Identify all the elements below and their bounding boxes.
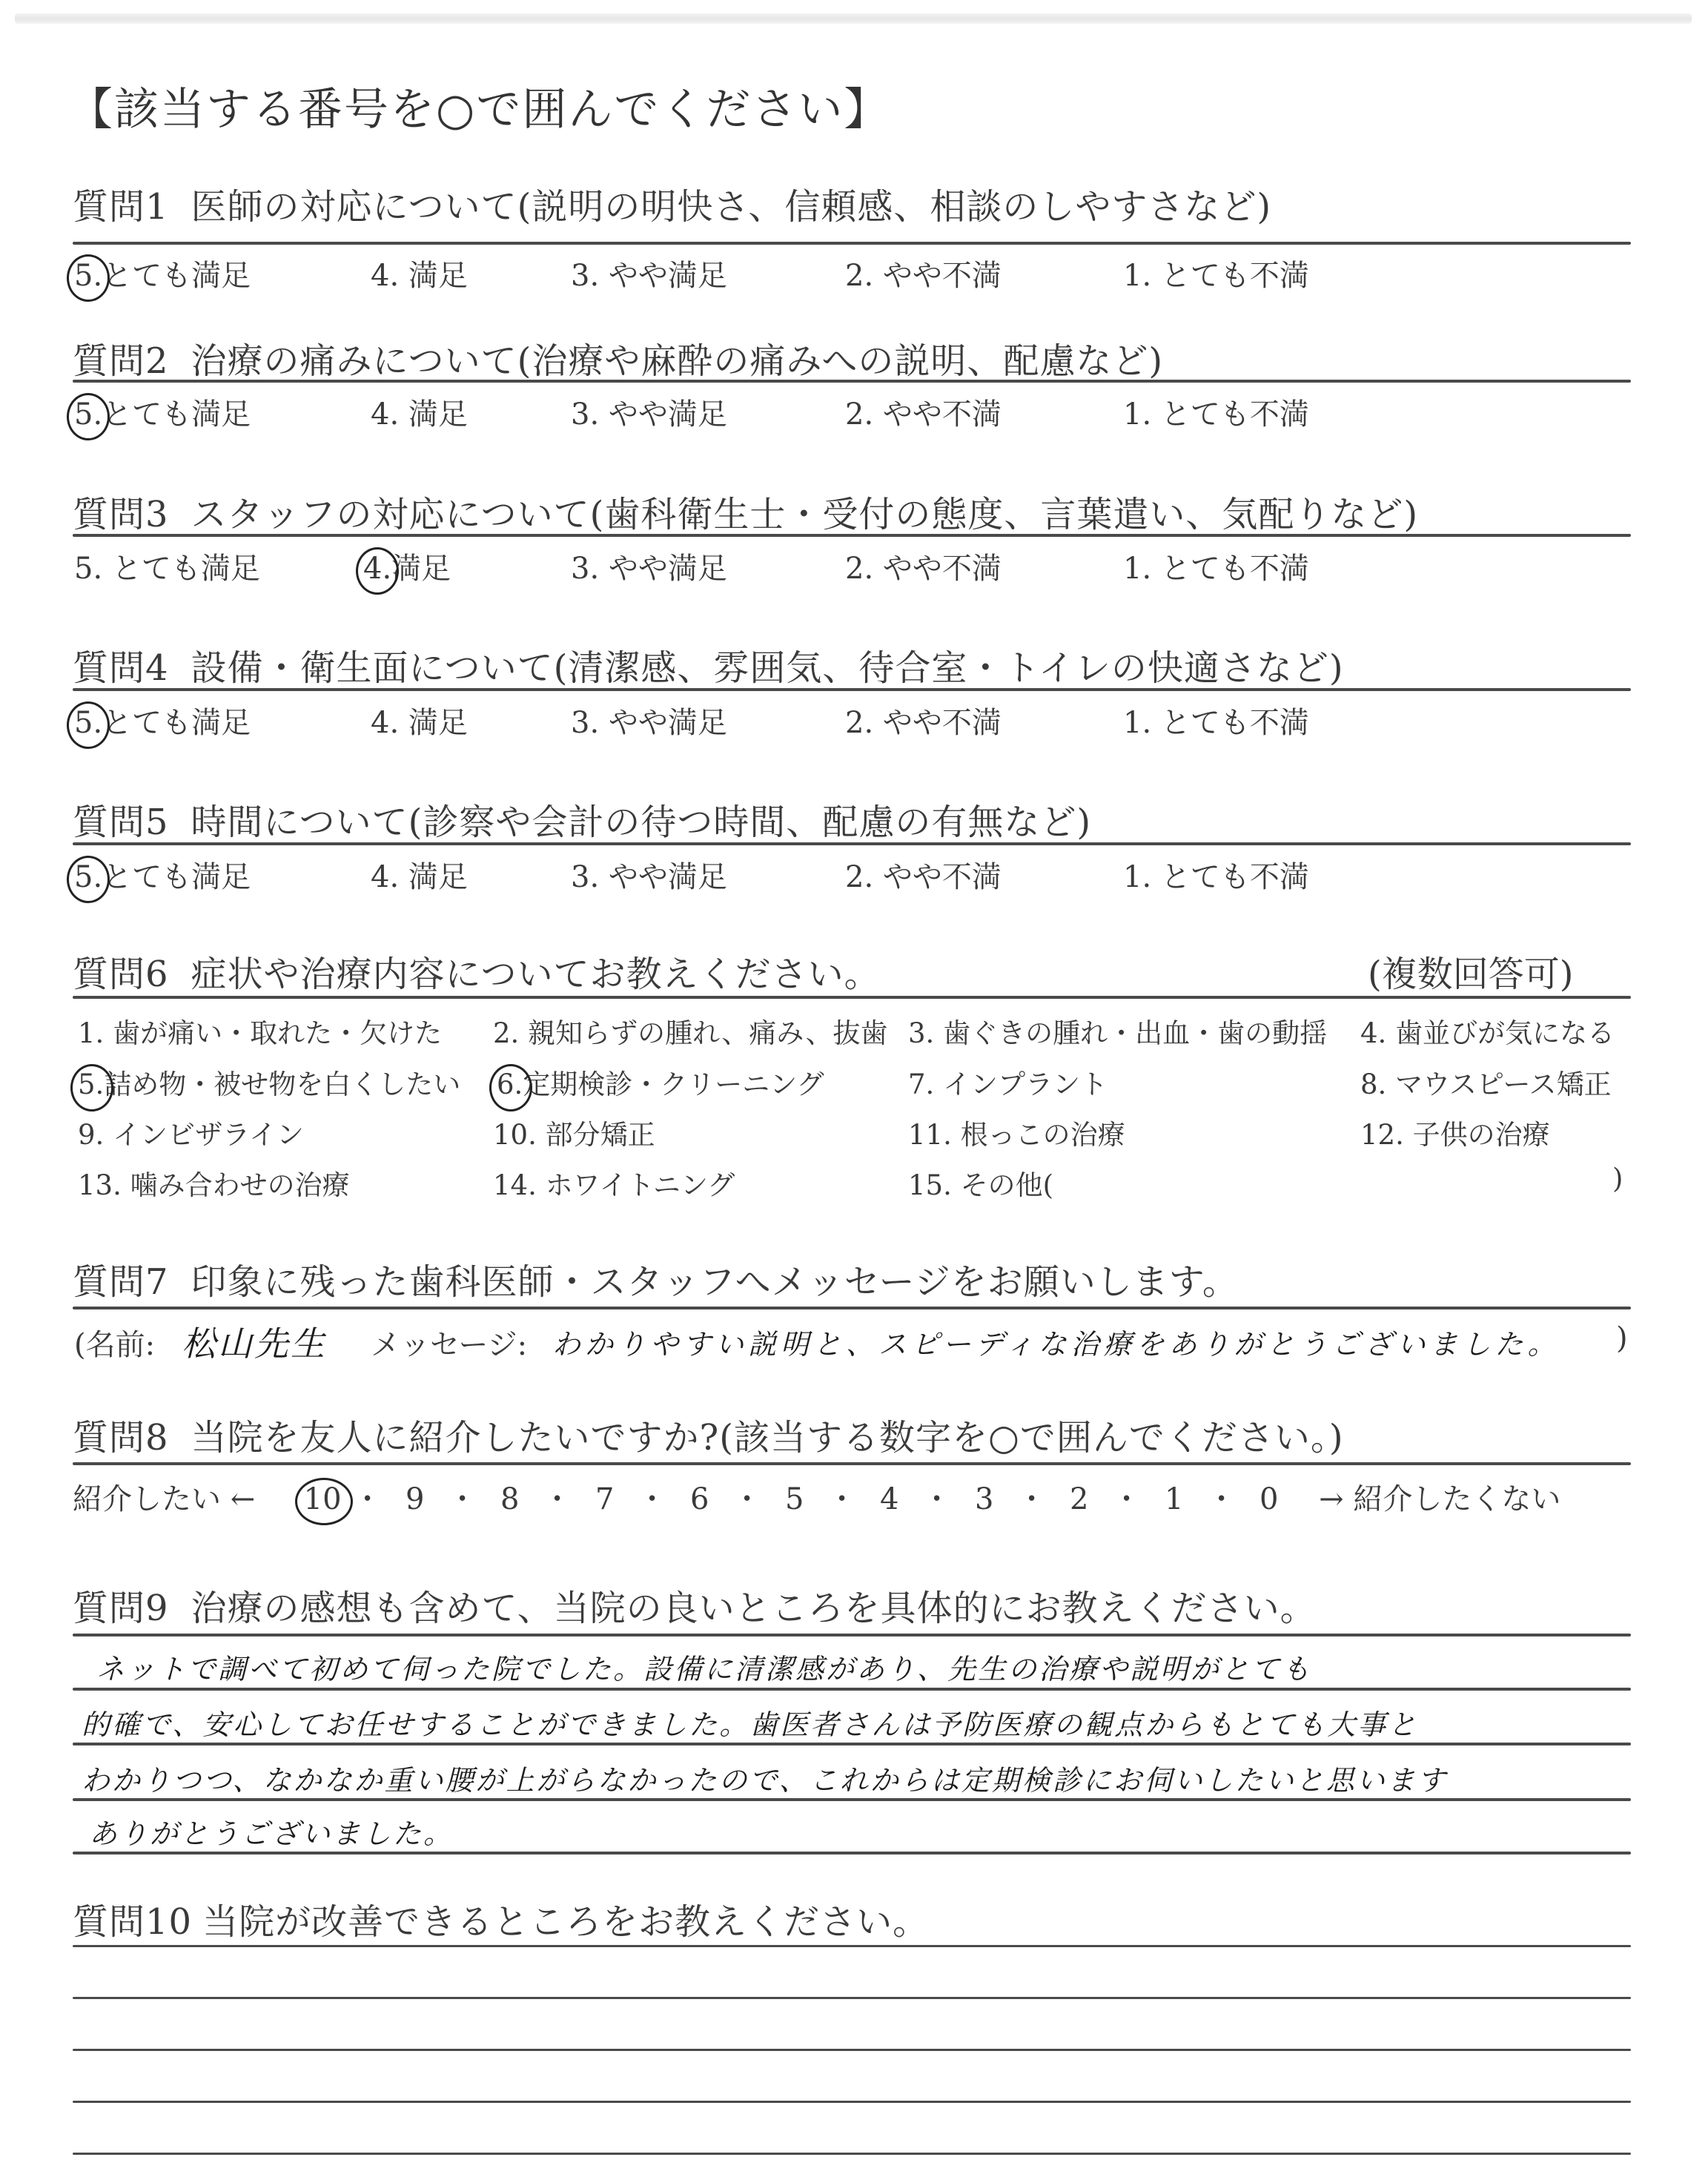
question-number: 質問1 — [73, 186, 169, 228]
scale-option-6[interactable]: 6 — [683, 1482, 716, 1516]
question-number: 質問2 — [73, 340, 169, 382]
q2-option-5[interactable]: 5.とても満足 — [74, 391, 251, 433]
question-text: 時間について(診察や会計の待つ時間、配慮の有無など) — [191, 802, 1092, 843]
question-5-rule — [73, 842, 1631, 845]
q3-option-4[interactable]: 4.満足 — [363, 545, 451, 587]
q6-item-5[interactable]: 5.詰め物・被せ物を白くしたい — [78, 1062, 460, 1102]
q6-item-2[interactable]: 2. 親知らずの腫れ、痛み、抜歯 — [493, 1011, 888, 1051]
recommendation-scale: 紹介したい ← 10・9・8・7・6・5・4・3・2・1・0 → 紹介したくない — [73, 1476, 1560, 1518]
selection-circle: 5. — [74, 706, 102, 740]
q6-item-12[interactable]: 12. 子供の治療 — [1360, 1112, 1550, 1152]
q9-line-rule-1 — [73, 1688, 1631, 1691]
question-1-rule — [73, 242, 1631, 245]
q1-option-3[interactable]: 3. やや満足 — [571, 252, 727, 294]
scale-option-7[interactable]: 7 — [589, 1482, 621, 1516]
question-7-heading: 質問7印象に残った歯科医師・スタッフへメッセージをお願いします。 — [73, 1253, 1239, 1304]
question-3-heading: 質問3スタッフの対応について(歯科衛生士・受付の態度、言葉遣い、気配りなど) — [73, 486, 1418, 537]
q2-option-4[interactable]: 4. 満足 — [371, 391, 468, 433]
selection-circle: 5. — [78, 1069, 104, 1100]
q2-option-1[interactable]: 1. とても不満 — [1123, 391, 1309, 433]
q9-answer-line-3[interactable]: わかりつつ、なかなか重い腰が上がらなかったので、これからは定期検診にお伺いしたい… — [82, 1757, 1448, 1798]
scale-option-2[interactable]: 2 — [1063, 1482, 1096, 1516]
q4-option-3[interactable]: 3. やや満足 — [571, 699, 727, 742]
scale-option-4[interactable]: 4 — [873, 1482, 906, 1516]
question-8-rule — [73, 1462, 1631, 1465]
question-number: 質問8 — [73, 1417, 169, 1459]
selection-circle: 6. — [497, 1069, 523, 1100]
q2-option-3[interactable]: 3. やや満足 — [571, 391, 727, 433]
question-4-rule — [73, 688, 1631, 691]
q6-item-10[interactable]: 10. 部分矯正 — [493, 1112, 655, 1152]
q5-option-3[interactable]: 3. やや満足 — [571, 853, 727, 896]
scale-option-8[interactable]: 8 — [494, 1482, 526, 1516]
q6-item-3[interactable]: 3. 歯ぐきの腫れ・出血・歯の動揺 — [908, 1011, 1327, 1051]
question-text: 当院を友人に紹介したいですか?(該当する数字を○で囲んでください。) — [191, 1417, 1344, 1459]
scale-option-10[interactable]: 10 — [304, 1482, 337, 1516]
question-5-heading: 質問5時間について(診察や会計の待つ時間、配慮の有無など) — [73, 793, 1091, 845]
q9-answer-line-2[interactable]: 的確で、安心してお任せすることができました。歯医者さんは予防医療の観点からもとて… — [82, 1702, 1418, 1743]
q5-option-5[interactable]: 5.とても満足 — [74, 853, 251, 896]
question-text: 印象に残った歯科医師・スタッフへメッセージをお願いします。 — [191, 1261, 1239, 1303]
selection-circle: 5. — [74, 860, 102, 894]
scale-right-label: → 紹介したくない — [1319, 1482, 1560, 1516]
question-number: 質問6 — [73, 954, 169, 995]
q6-item-15-other[interactable]: 15. その他( — [908, 1163, 1053, 1203]
question-4-heading: 質問4設備・衛生面について(清潔感、雰囲気、待合室・トイレの快適さなど) — [73, 639, 1344, 690]
q4-option-2[interactable]: 2. やや不満 — [845, 699, 1002, 742]
question-3-rule — [73, 534, 1631, 537]
q6-item-4[interactable]: 4. 歯並びが気になる — [1360, 1011, 1615, 1051]
scale-option-0[interactable]: 0 — [1253, 1482, 1285, 1516]
q6-item-13[interactable]: 13. 噛み合わせの治療 — [78, 1163, 350, 1203]
form-instruction-title: 【該当する番号を○で囲んでください】 — [68, 74, 890, 138]
q5-option-2[interactable]: 2. やや不満 — [845, 853, 1002, 896]
q7-close-paren: ) — [1616, 1321, 1628, 1355]
selection-circle: 5. — [74, 259, 102, 293]
q9-line-rule-0 — [73, 1634, 1631, 1636]
q1-option-2[interactable]: 2. やや不満 — [845, 252, 1002, 294]
question-number: 質問7 — [73, 1261, 169, 1303]
question-text: 医師の対応について(説明の明快さ、信頼感、相談のしやすさなど) — [191, 186, 1272, 228]
q9-answer-line-1[interactable]: ネットで調べて初めて伺った院でした。設備に清潔感があり、先生の治療や説明がとても — [96, 1646, 1312, 1687]
q4-option-1[interactable]: 1. とても不満 — [1123, 699, 1309, 742]
q6-item-9[interactable]: 9. インビザライン — [78, 1112, 304, 1152]
q5-option-4[interactable]: 4. 満足 — [371, 853, 468, 896]
q3-option-5[interactable]: 5. とても満足 — [74, 545, 260, 587]
q2-option-2[interactable]: 2. やや不満 — [845, 391, 1002, 433]
question-text: 症状や治療内容についてお教えください。 — [191, 954, 881, 995]
q10-answer-line-3[interactable] — [73, 2049, 1631, 2051]
question-8-heading: 質問8当院を友人に紹介したいですか?(該当する数字を○で囲んでください。) — [73, 1409, 1344, 1460]
q10-answer-line-4[interactable] — [73, 2101, 1631, 2103]
question-text: 治療の痛みについて(治療や麻酔の痛みへの説明、配慮など) — [191, 340, 1164, 382]
question-number: 質問10 — [73, 1901, 192, 1943]
q10-answer-line-5[interactable] — [73, 2153, 1631, 2155]
question-text: 治療の感想も含めて、当院の良いところを具体的にお教えください。 — [191, 1588, 1317, 1629]
question-number: 質問5 — [73, 802, 169, 843]
selection-circle: 4. — [363, 552, 391, 586]
question-number: 質問9 — [73, 1588, 169, 1629]
q3-option-2[interactable]: 2. やや不満 — [845, 545, 1002, 587]
question-text: 設備・衛生面について(清潔感、雰囲気、待合室・トイレの快適さなど) — [191, 647, 1344, 689]
q9-line-rule-3 — [73, 1798, 1631, 1801]
question-text: スタッフの対応について(歯科衛生士・受付の態度、言葉遣い、気配りなど) — [191, 494, 1419, 535]
q6-item-11[interactable]: 11. 根っこの治療 — [908, 1112, 1125, 1152]
question-2-heading: 質問2治療の痛みについて(治療や麻酔の痛みへの説明、配慮など) — [73, 332, 1163, 383]
scale-left-label: 紹介したい ← — [73, 1482, 255, 1516]
q7-message-handwritten[interactable]: わかりやすい説明と、スピーディな治療をありがとうございました。 — [552, 1321, 1560, 1362]
q6-item-14[interactable]: 14. ホワイトニング — [493, 1163, 735, 1203]
scan-top-edge — [15, 13, 1692, 24]
scale-option-5[interactable]: 5 — [778, 1482, 811, 1516]
scale-option-1[interactable]: 1 — [1158, 1482, 1191, 1516]
question-1-heading: 質問1医師の対応について(説明の明快さ、信頼感、相談のしやすさなど) — [73, 178, 1271, 229]
question-text: 当院が改善できるところをお教えください。 — [202, 1901, 929, 1943]
q10-answer-line-1[interactable] — [73, 1945, 1631, 1947]
q6-other-close-paren: ) — [1612, 1163, 1623, 1195]
q9-line-rule-2 — [73, 1743, 1631, 1745]
q10-answer-line-2[interactable] — [73, 1997, 1631, 1999]
question-number: 質問3 — [73, 494, 169, 535]
q4-option-5[interactable]: 5.とても満足 — [74, 699, 251, 742]
q4-option-4[interactable]: 4. 満足 — [371, 699, 468, 742]
q5-option-1[interactable]: 1. とても不満 — [1123, 853, 1309, 896]
question-6-rule — [73, 996, 1631, 999]
question-9-heading: 質問9治療の感想も含めて、当院の良いところを具体的にお教えください。 — [73, 1579, 1317, 1631]
q6-item-7[interactable]: 7. インプラント — [908, 1062, 1108, 1102]
question-7-rule — [73, 1307, 1631, 1309]
scale-option-9[interactable]: 9 — [399, 1482, 431, 1516]
q6-item-6[interactable]: 6.定期検診・クリーニング — [497, 1062, 824, 1102]
scale-option-3[interactable]: 3 — [968, 1482, 1001, 1516]
q1-option-4[interactable]: 4. 満足 — [371, 252, 468, 294]
question-6-heading: 質問6症状や治療内容についてお教えください。 — [73, 945, 881, 997]
selection-circle: 5. — [74, 397, 102, 432]
question-10-heading: 質問10当院が改善できるところをお教えください。 — [73, 1893, 929, 1944]
q1-option-5[interactable]: 5.とても満足 — [74, 252, 251, 294]
question-2-rule — [73, 380, 1631, 383]
q6-item-8[interactable]: 8. マウスピース矯正 — [1360, 1062, 1612, 1102]
q7-message-label: メッセージ: — [371, 1321, 527, 1364]
question-number: 質問4 — [73, 647, 169, 689]
q9-answer-line-4[interactable]: ありがとうございました。 — [89, 1811, 454, 1852]
q3-option-1[interactable]: 1. とても不満 — [1123, 545, 1309, 587]
q1-option-1[interactable]: 1. とても不満 — [1123, 252, 1309, 294]
q3-option-3[interactable]: 3. やや満足 — [571, 545, 727, 587]
multiple-answers-note: (複数回答可) — [1368, 945, 1573, 997]
q6-item-1[interactable]: 1. 歯が痛い・取れた・欠けた — [78, 1011, 442, 1051]
q7-name-label: (名前: — [74, 1321, 155, 1364]
q9-line-rule-4 — [73, 1852, 1631, 1855]
q7-name-handwritten[interactable]: 松山先生 — [182, 1317, 327, 1366]
